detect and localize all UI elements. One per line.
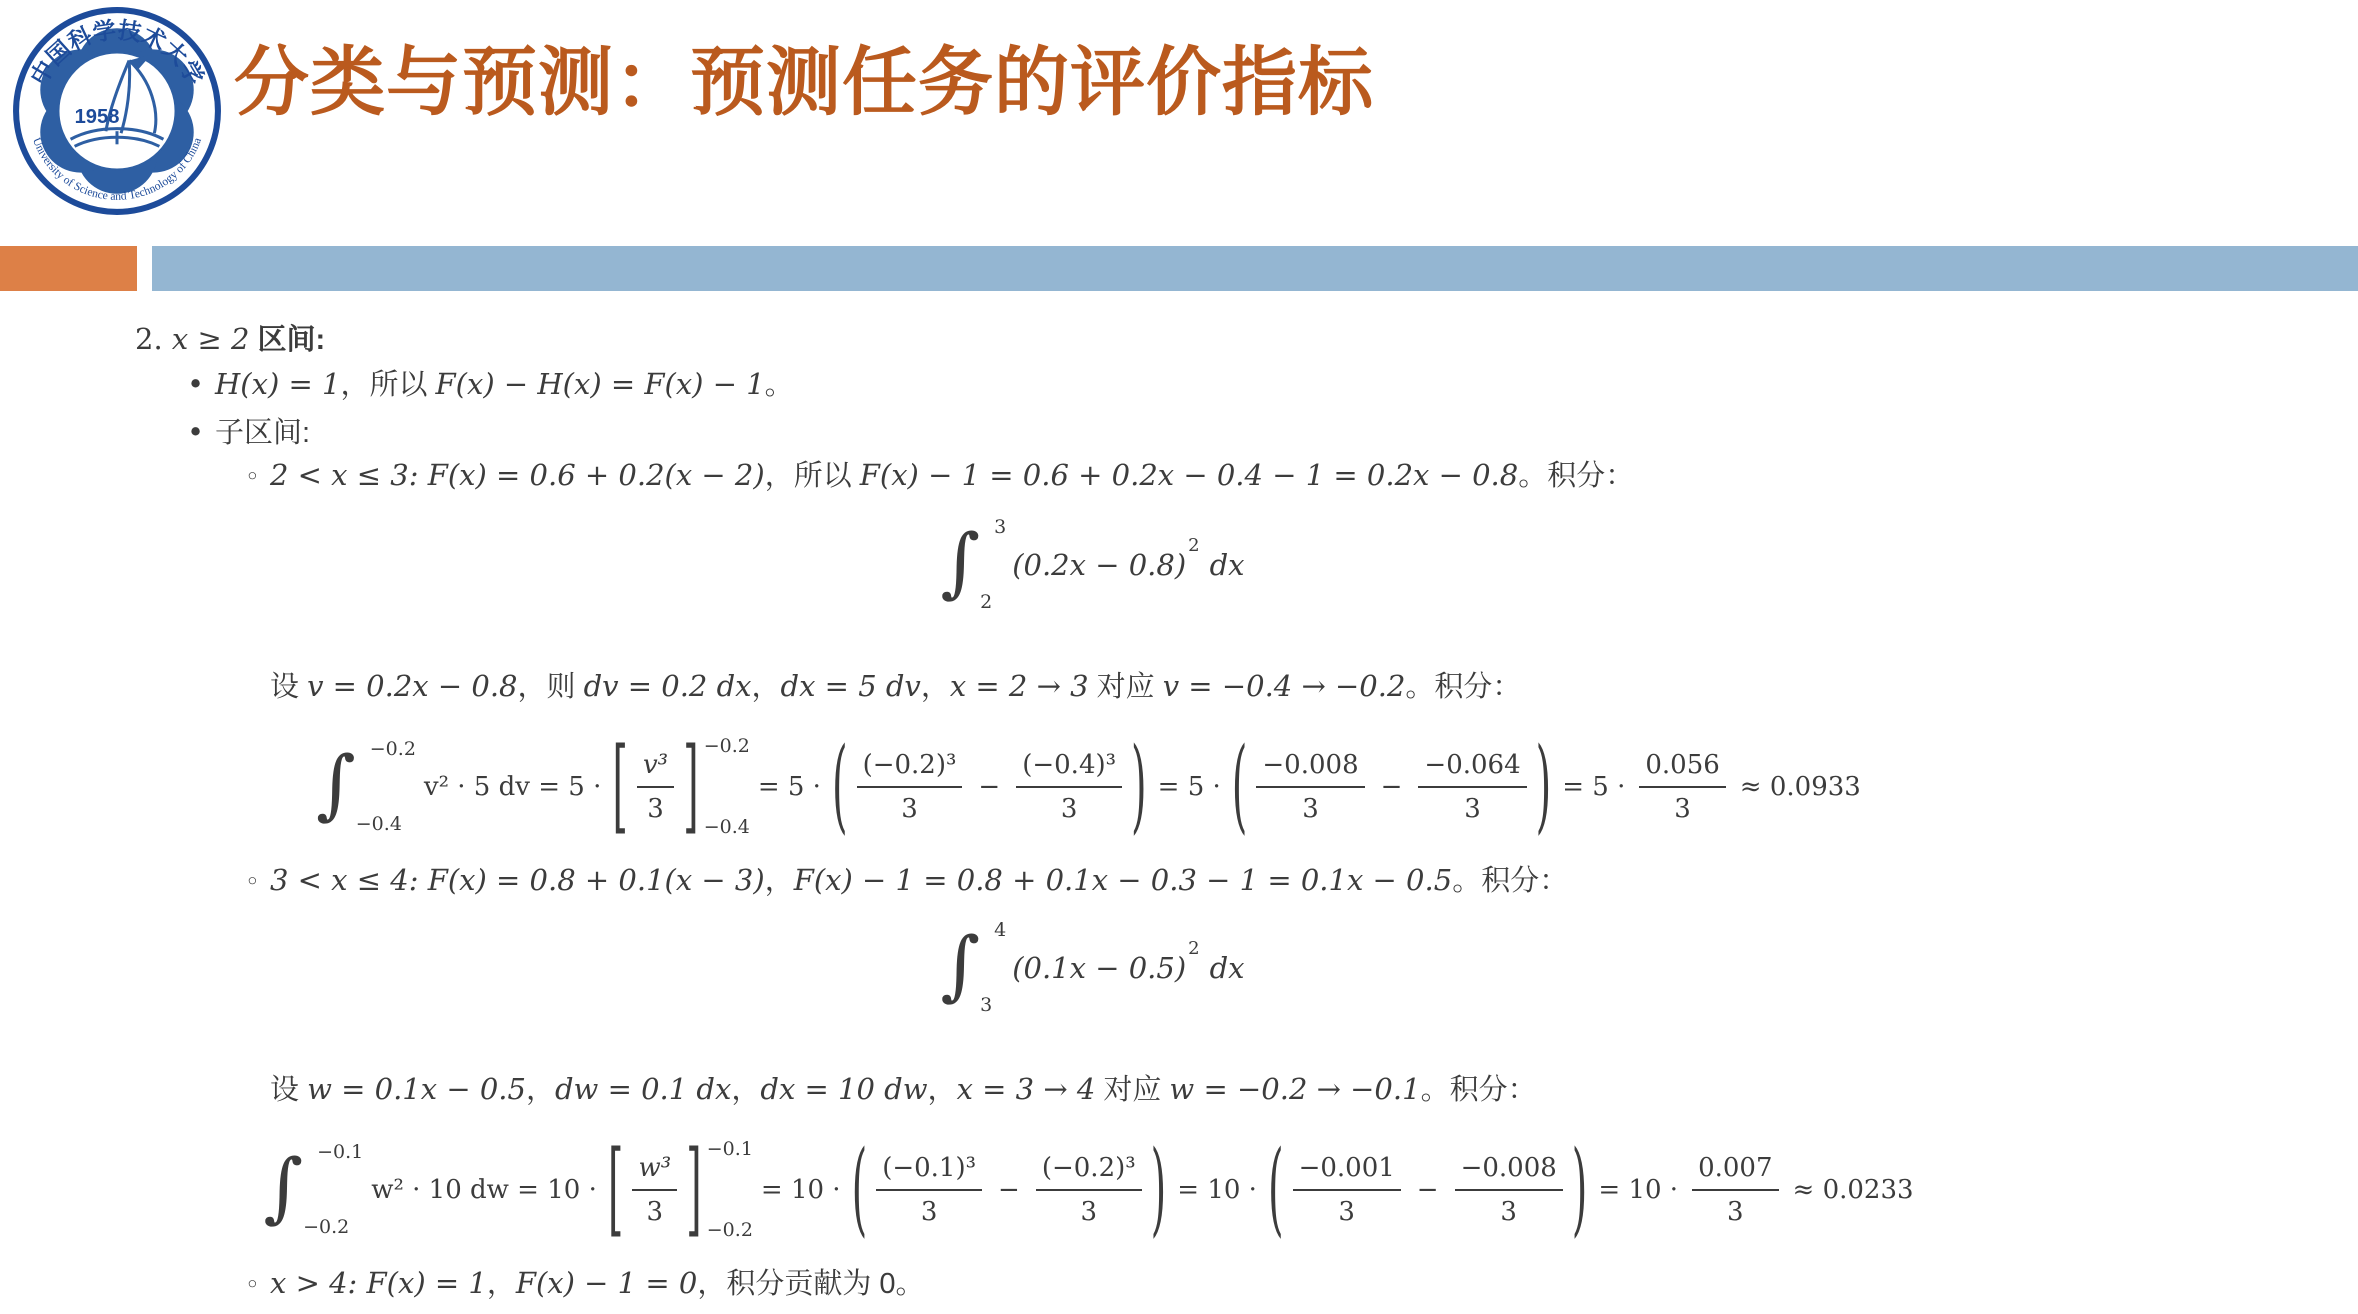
left-bracket-icon: [ <box>612 736 628 838</box>
fraction: −0.0643 <box>1418 749 1526 826</box>
subitem-text: 2 < x ≤ 3: F(x) = 0.6 + 0.2(x − 2)，所以 F(… <box>270 454 1634 497</box>
left-bracket-icon: [ <box>608 1139 624 1241</box>
integral-group: ∫ −0.1−0.2 <box>263 1143 363 1237</box>
lower-limit: 2 <box>980 593 1006 612</box>
right-bracket-icon: ] <box>683 736 699 838</box>
approx-result: ≈ 0.0933 <box>1740 772 1861 802</box>
heading-interval-2: 2. x ≥ 2 区间: <box>135 318 2050 361</box>
display-eq-v-result: ∫ −0.2−0.4 v² · 5 dv = 5 · [ v³3 ] −0.2−… <box>135 728 2050 846</box>
fraction: 0.0073 <box>1692 1152 1778 1229</box>
right-paren-icon: ) <box>1572 1139 1588 1241</box>
exponent: 2 <box>1188 535 1199 556</box>
circle-bullet-icon: ◦ <box>245 1267 270 1303</box>
minus-operator: − <box>1417 1175 1439 1205</box>
upper-limit: −0.2 <box>704 737 750 756</box>
paragraph-text: 设 v = 0.2x − 0.8，则 dv = 0.2 dx，dx = 5 dv… <box>270 665 1521 708</box>
integral-icon: ∫ <box>263 1149 303 1225</box>
fraction: (−0.2)³3 <box>857 749 963 826</box>
divider-bar-orange <box>0 246 137 291</box>
fraction-w3-3: w³3 <box>632 1152 677 1229</box>
bullet-subintervals: • 子区间: <box>135 411 2050 454</box>
fraction: −0.0013 <box>1293 1152 1401 1229</box>
subitem-2-3: ◦ 2 < x ≤ 3: F(x) = 0.6 + 0.2(x − 2)，所以 … <box>135 454 2050 497</box>
substitution-w-line: 设 w = 0.1x − 0.5，dw = 0.1 dx，dx = 10 dw，… <box>135 1068 2050 1111</box>
math-text: = 10 · <box>761 1175 841 1205</box>
lower-limit: −0.4 <box>704 818 750 837</box>
display-eq-w-result: ∫ −0.1−0.2 w² · 10 dw = 10 · [ w³3 ] −0.… <box>135 1131 2050 1249</box>
integral-group: ∫ 43 <box>940 921 1006 1015</box>
integral-limits: −0.1−0.2 <box>305 1143 363 1237</box>
upper-limit: 3 <box>994 518 1006 537</box>
approx-result: ≈ 0.0233 <box>1793 1175 1914 1205</box>
math-text: w² · 10 dw = 10 · <box>371 1175 597 1205</box>
subitem-text: 3 < x ≤ 4: F(x) = 0.8 + 0.1(x − 3)，F(x) … <box>270 859 1568 902</box>
display-eq-integral-3-4: ∫ 43 (0.1x − 0.5)2dx <box>135 918 2050 1018</box>
minus-operator: − <box>978 772 1000 802</box>
list-number: 2. <box>135 318 172 360</box>
display-eq-integral-2-3: ∫ 32 (0.2x − 0.8)2dx <box>135 515 2050 615</box>
integral-limits: 32 <box>982 518 1006 612</box>
minus-operator: − <box>998 1175 1020 1205</box>
subitem-3-4: ◦ 3 < x ≤ 4: F(x) = 0.8 + 0.1(x − 3)，F(x… <box>135 859 2050 902</box>
bracket-limits: −0.2−0.4 <box>704 737 750 837</box>
paragraph-text: 设 w = 0.1x − 0.5，dw = 0.1 dx，dx = 10 dw，… <box>270 1068 1537 1111</box>
upper-limit: −0.1 <box>317 1143 363 1162</box>
circle-bullet-icon: ◦ <box>245 864 270 900</box>
differential: dx <box>1210 548 1245 582</box>
integral-icon: ∫ <box>940 524 980 600</box>
logo-year: 1958 <box>75 106 120 128</box>
left-paren-icon: ( <box>852 1139 868 1241</box>
subitem-x-gt-4: ◦ x > 4: F(x) = 1，F(x) − 1 = 0，积分贡献为 0。 <box>135 1262 2050 1305</box>
right-paren-icon: ) <box>1131 736 1147 838</box>
slide-title: 分类与预测：预测任务的评价指标 <box>234 34 1374 132</box>
lower-limit: −0.2 <box>303 1218 363 1237</box>
right-bracket-icon: ] <box>686 1139 702 1241</box>
left-paren-icon: ( <box>1268 1139 1284 1241</box>
bullet-text: H(x) = 1，所以 F(x) − H(x) = F(x) − 1。 <box>215 363 794 406</box>
fraction: −0.0083 <box>1455 1152 1563 1229</box>
math-text: = 5 · <box>1158 772 1221 802</box>
exponent: 2 <box>1188 938 1199 959</box>
right-paren-icon: ) <box>1536 736 1552 838</box>
fraction: 0.0563 <box>1639 749 1725 826</box>
minus-operator: − <box>1381 772 1403 802</box>
integral-icon: ∫ <box>940 927 980 1003</box>
upper-limit: −0.1 <box>707 1140 753 1159</box>
lower-limit: 3 <box>980 996 1006 1015</box>
bullet-icon: • <box>187 411 215 453</box>
lower-limit: −0.2 <box>707 1221 753 1240</box>
divider-bar-blue <box>152 246 2358 291</box>
fraction: (−0.4)³3 <box>1016 749 1122 826</box>
bullet-text: 子区间: <box>215 412 310 454</box>
integrand: (0.1x − 0.5)2dx <box>1012 951 1244 986</box>
bracket-limits: −0.1−0.2 <box>707 1140 753 1240</box>
upper-limit: −0.2 <box>370 740 416 759</box>
upper-limit: 4 <box>994 921 1006 940</box>
left-paren-icon: ( <box>1232 736 1248 838</box>
fraction: (−0.1)³3 <box>876 1152 982 1229</box>
math-text: = 5 · <box>758 772 821 802</box>
bullet-hx: • H(x) = 1，所以 F(x) − H(x) = F(x) − 1。 <box>135 363 2050 406</box>
integral-limits: 43 <box>982 921 1006 1015</box>
lower-limit: −0.4 <box>356 815 416 834</box>
math-text: = 10 · <box>1598 1175 1678 1205</box>
integral-limits: −0.2−0.4 <box>358 740 416 834</box>
heading-label: 区间: <box>249 319 325 361</box>
left-paren-icon: ( <box>832 736 848 838</box>
fraction-v3-3: v³3 <box>637 749 674 826</box>
heading-math: x ≥ 2 <box>172 318 250 360</box>
right-paren-icon: ) <box>1151 1139 1167 1241</box>
subitem-text: x > 4: F(x) = 1，F(x) − 1 = 0，积分贡献为 0。 <box>270 1262 925 1305</box>
math-text: = 5 · <box>1562 772 1625 802</box>
substitution-v-line: 设 v = 0.2x − 0.8，则 dv = 0.2 dx，dx = 5 dv… <box>135 665 2050 708</box>
fraction: (−0.2)³3 <box>1036 1152 1142 1229</box>
ustc-logo-icon: 1958 中国科学技术大学 University of Science and … <box>10 4 224 218</box>
integral-icon: ∫ <box>316 746 356 822</box>
math-text: = 10 · <box>1177 1175 1257 1205</box>
integral-group: ∫ −0.2−0.4 <box>316 740 416 834</box>
math-text: v² · 5 dv = 5 · <box>424 772 601 802</box>
integrand: (0.2x − 0.8)2dx <box>1012 548 1244 583</box>
differential: dx <box>1210 951 1245 985</box>
fraction: −0.0083 <box>1256 749 1364 826</box>
bullet-icon: • <box>187 363 215 405</box>
slide-body: 2. x ≥ 2 区间: • H(x) = 1，所以 F(x) − H(x) =… <box>135 318 2050 1305</box>
integral-group: ∫ 32 <box>940 518 1006 612</box>
circle-bullet-icon: ◦ <box>245 459 270 495</box>
